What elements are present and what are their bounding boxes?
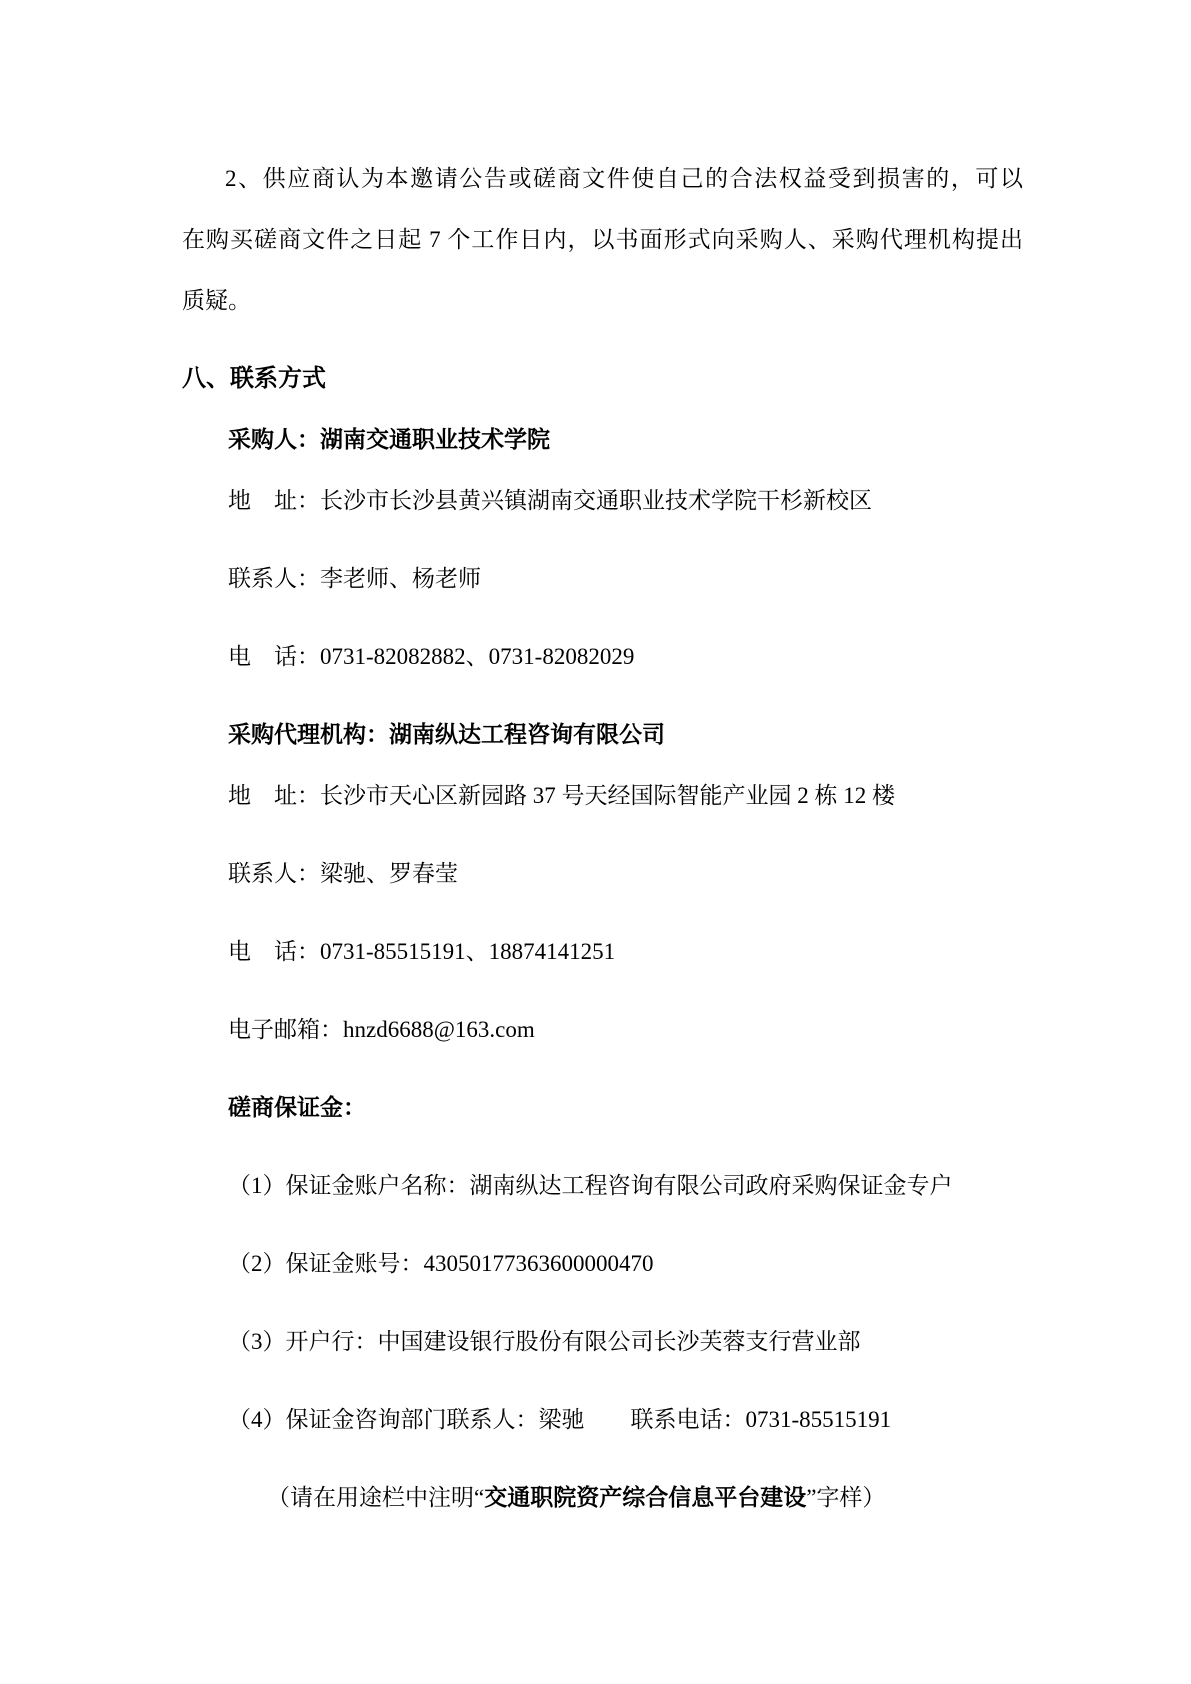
document-page: 2、供应商认为本邀请公告或磋商文件使自己的合法权益受到损害的，可以 在购买磋商文…	[0, 0, 1191, 1684]
purchaser-block: 采购人：湖南交通职业技术学院 地 址：长沙市长沙县黄兴镇湖南交通职业技术学院干杉…	[182, 409, 1023, 687]
purchaser-heading: 采购人：湖南交通职业技术学院	[228, 409, 1023, 470]
agency-email: 电子邮箱：hnzd6688@163.com	[228, 999, 1023, 1060]
purchaser-phone: 电 话：0731-82082882、0731-82082029	[228, 626, 1023, 687]
agency-block: 采购代理机构：湖南纵达工程咨询有限公司 地 址：长沙市天心区新园路 37 号天经…	[182, 704, 1023, 1060]
deposit-item-4: （4）保证金咨询部门联系人：梁驰 联系电话：0731-85515191	[228, 1389, 1023, 1450]
deposit-note: （请在用途栏中注明“交通职院资产综合信息平台建设”字样）	[267, 1467, 1023, 1528]
deposit-note-prefix: （请在用途栏中注明“	[267, 1485, 484, 1510]
paragraph-line-3: 质疑。	[182, 270, 1023, 331]
paragraph-line-1: 2、供应商认为本邀请公告或磋商文件使自己的合法权益受到损害的，可以	[182, 148, 1023, 209]
paragraph-line-2: 在购买磋商文件之日起 7 个工作日内，以书面形式向采购人、采购代理机构提出	[182, 209, 1023, 270]
agency-contact: 联系人：梁驰、罗春莹	[228, 843, 1023, 904]
agency-address: 地 址：长沙市天心区新园路 37 号天经国际智能产业园 2 栋 12 楼	[228, 765, 1023, 826]
purchaser-address: 地 址：长沙市长沙县黄兴镇湖南交通职业技术学院干杉新校区	[228, 470, 1023, 531]
deposit-note-suffix: ”字样）	[806, 1485, 885, 1510]
deposit-block: 磋商保证金： （1）保证金账户名称：湖南纵达工程咨询有限公司政府采购保证金专户 …	[182, 1077, 1023, 1528]
deposit-note-bold-text: 交通职院资产综合信息平台建设	[484, 1484, 806, 1510]
deposit-heading: 磋商保证金：	[228, 1077, 1023, 1138]
section-heading: 八、联系方式	[182, 348, 1023, 409]
agency-phone: 电 话：0731-85515191、18874141251	[228, 921, 1023, 982]
deposit-item-2: （2）保证金账号：43050177363600000470	[228, 1233, 1023, 1294]
purchaser-contact: 联系人：李老师、杨老师	[228, 548, 1023, 609]
complaint-paragraph: 2、供应商认为本邀请公告或磋商文件使自己的合法权益受到损害的，可以 在购买磋商文…	[182, 148, 1023, 331]
deposit-item-3: （3）开户行：中国建设银行股份有限公司长沙芙蓉支行营业部	[228, 1311, 1023, 1372]
deposit-item-1: （1）保证金账户名称：湖南纵达工程咨询有限公司政府采购保证金专户	[228, 1155, 1023, 1216]
agency-heading: 采购代理机构：湖南纵达工程咨询有限公司	[228, 704, 1023, 765]
